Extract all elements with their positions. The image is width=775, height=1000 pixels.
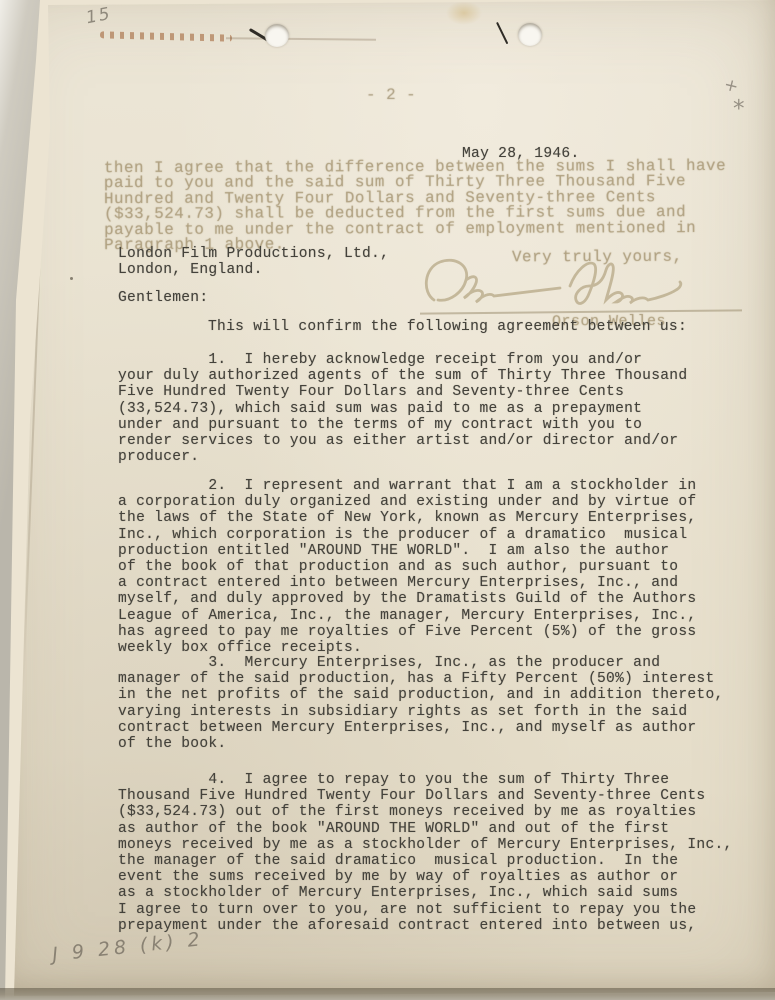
scratch-mark [226, 37, 376, 40]
pen-slash-mark [496, 22, 509, 45]
salutation: Gentlemen: [118, 290, 208, 306]
punch-hole [265, 24, 289, 47]
ghost-page-number: - 2 - [366, 88, 416, 104]
pencil-cross-mark: + [722, 75, 741, 98]
letter-page: 15 + * J 9 28 (k) 2 - 2 - then I agree t… [0, 0, 775, 1000]
paragraph-4: 4. I agree to repay to you the sum of Th… [118, 772, 733, 934]
paragraph-2: 2. I represent and warrant that I am a s… [118, 478, 696, 656]
rust-stain [100, 31, 232, 41]
paragraph-1: 1. I hereby acknowledge receipt from you… [118, 352, 687, 465]
paper-bottom-edge [0, 988, 775, 1000]
ghost-paragraph: then I agree that the difference between… [104, 159, 727, 254]
recipient-address: London Film Productions, Ltd., London, E… [118, 246, 389, 278]
pinhole [70, 277, 73, 280]
punch-hole [518, 23, 542, 46]
pencil-note-top: 15 [84, 4, 113, 29]
scanned-letter-page: 15 + * J 9 28 (k) 2 - 2 - then I agree t… [0, 0, 775, 1000]
letter-date: May 28, 1946. [462, 146, 580, 162]
paper-stain [446, 1, 482, 25]
pencil-asterisk-mark: * [733, 96, 745, 122]
intro-line: This will confirm the following agreemen… [208, 319, 687, 335]
ghost-signature-script [418, 252, 748, 318]
paragraph-3: 3. Mercury Enterprises, Inc., as the pro… [118, 655, 724, 752]
